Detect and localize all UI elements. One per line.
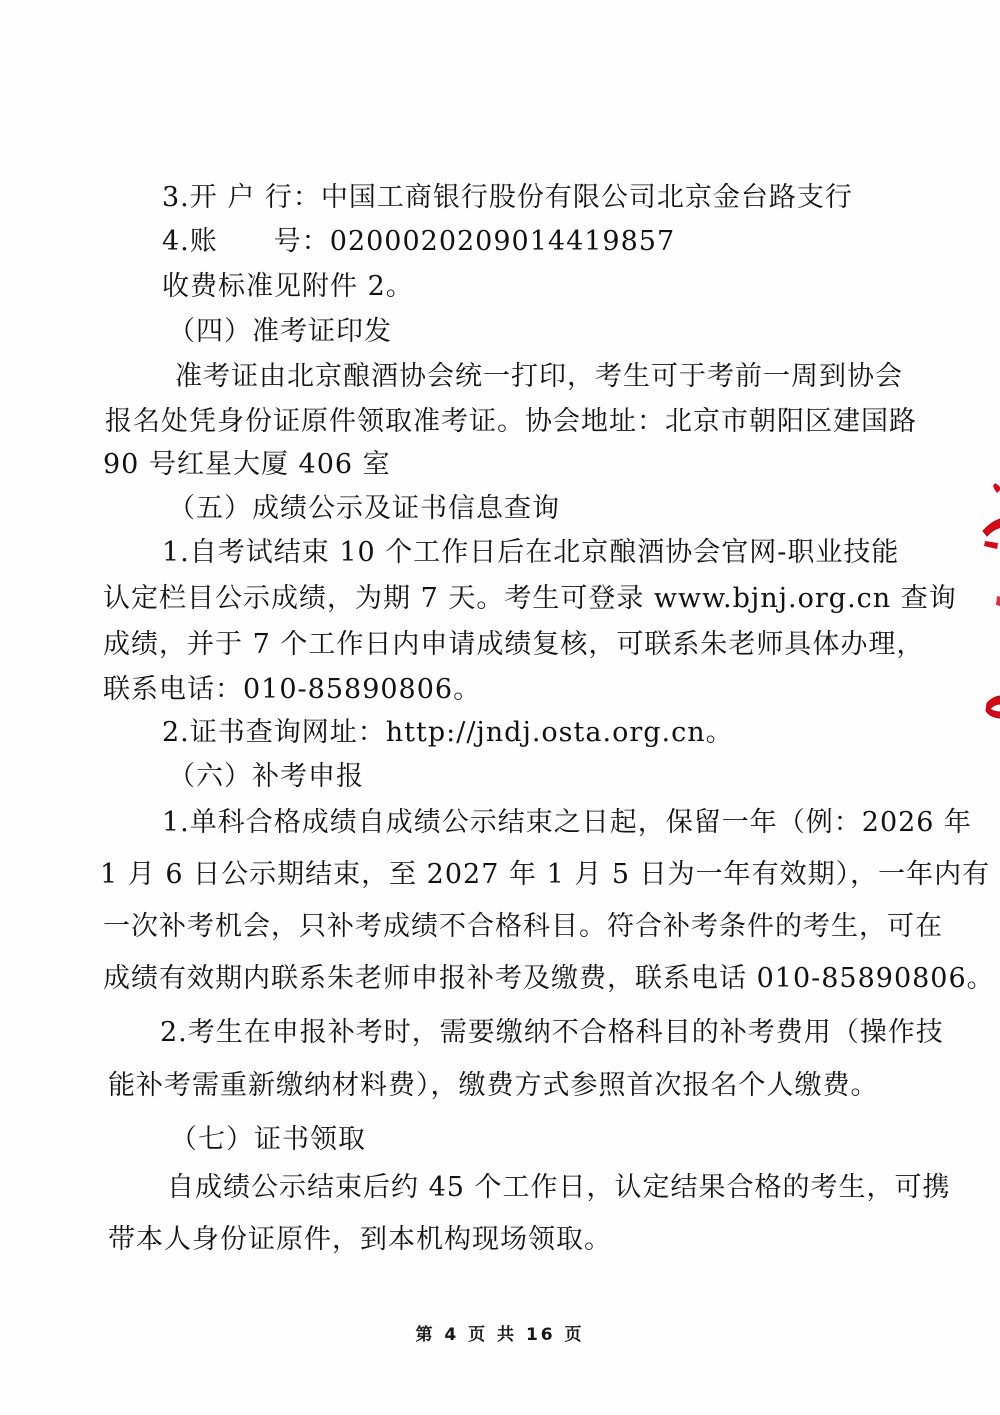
para-admission-ticket-line3: 90 号红星大厦 406 室 bbox=[103, 450, 391, 480]
para-cert-pickup-line1: 自成绩公示结束后约 45 个工作日，认定结果合格的考生，可携 bbox=[167, 1173, 951, 1203]
page-number-footer: 第 4 页 共 16 页 bbox=[0, 1320, 1000, 1345]
heading-section7-cert-pickup: （七）证书领取 bbox=[170, 1125, 366, 1155]
para-makeup-line1: 1.单科合格成绩自成绩公示结束之日起，保留一年（例：2026 年 bbox=[162, 808, 972, 838]
red-mark-fleck-top bbox=[993, 483, 1000, 493]
heading-section6-makeup-exam: （六）补考申报 bbox=[168, 762, 364, 792]
para-makeup-line4: 成绩有效期内联系朱老师申报补考及缴费，联系电话 010-85890806。 bbox=[103, 964, 995, 994]
red-mark-fleck-middle bbox=[996, 596, 1000, 606]
para-cert-pickup-line2: 带本人身份证原件，到本机构现场领取。 bbox=[108, 1225, 612, 1255]
para-results-line1: 1.自考试结束 10 个工作日后在北京酿酒协会官网-职业技能 bbox=[162, 538, 899, 568]
para-makeup-line2: 1 月 6 日公示期结束，至 2027 年 1 月 5 日为一年有效期），一年内… bbox=[100, 860, 990, 890]
para-results-line2: 认定栏目公示成绩，为期 7 天。考生可登录 www.bjnj.org.cn 查询 bbox=[103, 584, 957, 614]
heading-section5-results-publicity: （五）成绩公示及证书信息查询 bbox=[168, 494, 560, 524]
para-makeup-fee-line1: 2.考生在申报补考时，需要缴纳不合格科目的补考费用（操作技 bbox=[160, 1018, 944, 1048]
line-fee-standard: 收费标准见附件 2。 bbox=[162, 272, 414, 302]
para-results-line3: 成绩，并于 7 个工作日内申请成绩复核，可联系朱老师具体办理， bbox=[103, 630, 924, 660]
line-bank-branch: 3.开 户 行：中国工商银行股份有限公司北京金台路支行 bbox=[162, 183, 853, 213]
para-results-line4-phone: 联系电话：010-85890806。 bbox=[103, 675, 481, 705]
red-mark-hook-upper bbox=[983, 519, 1000, 536]
red-mark-hook-bottom bbox=[986, 696, 1000, 718]
para-makeup-line3: 一次补考机会，只补考成绩不合格科目。符合补考条件的考生，可在 bbox=[103, 912, 943, 942]
para-admission-ticket-line1: 准考证由北京酿酒协会统一打印，考生可于考前一周到协会 bbox=[175, 362, 903, 392]
document-page: 3.开 户 行：中国工商银行股份有限公司北京金台路支行 4.账 号：020002… bbox=[0, 0, 1000, 1415]
line-account-number: 4.账 号：0200020209014419857 bbox=[162, 227, 675, 257]
heading-section4-admission-ticket: （四）准考证印发 bbox=[168, 317, 392, 347]
red-mark-dash-upper bbox=[984, 541, 998, 549]
para-admission-ticket-line2: 报名处凭身份证原件领取准考证。协会地址：北京市朝阳区建国路 bbox=[105, 407, 917, 437]
line-cert-query-url: 2.证书查询网址：http://jndj.osta.org.cn。 bbox=[162, 718, 734, 748]
para-makeup-fee-line2: 能补考需重新缴纳材料费），缴费方式参照首次报名个人缴费。 bbox=[108, 1071, 879, 1101]
